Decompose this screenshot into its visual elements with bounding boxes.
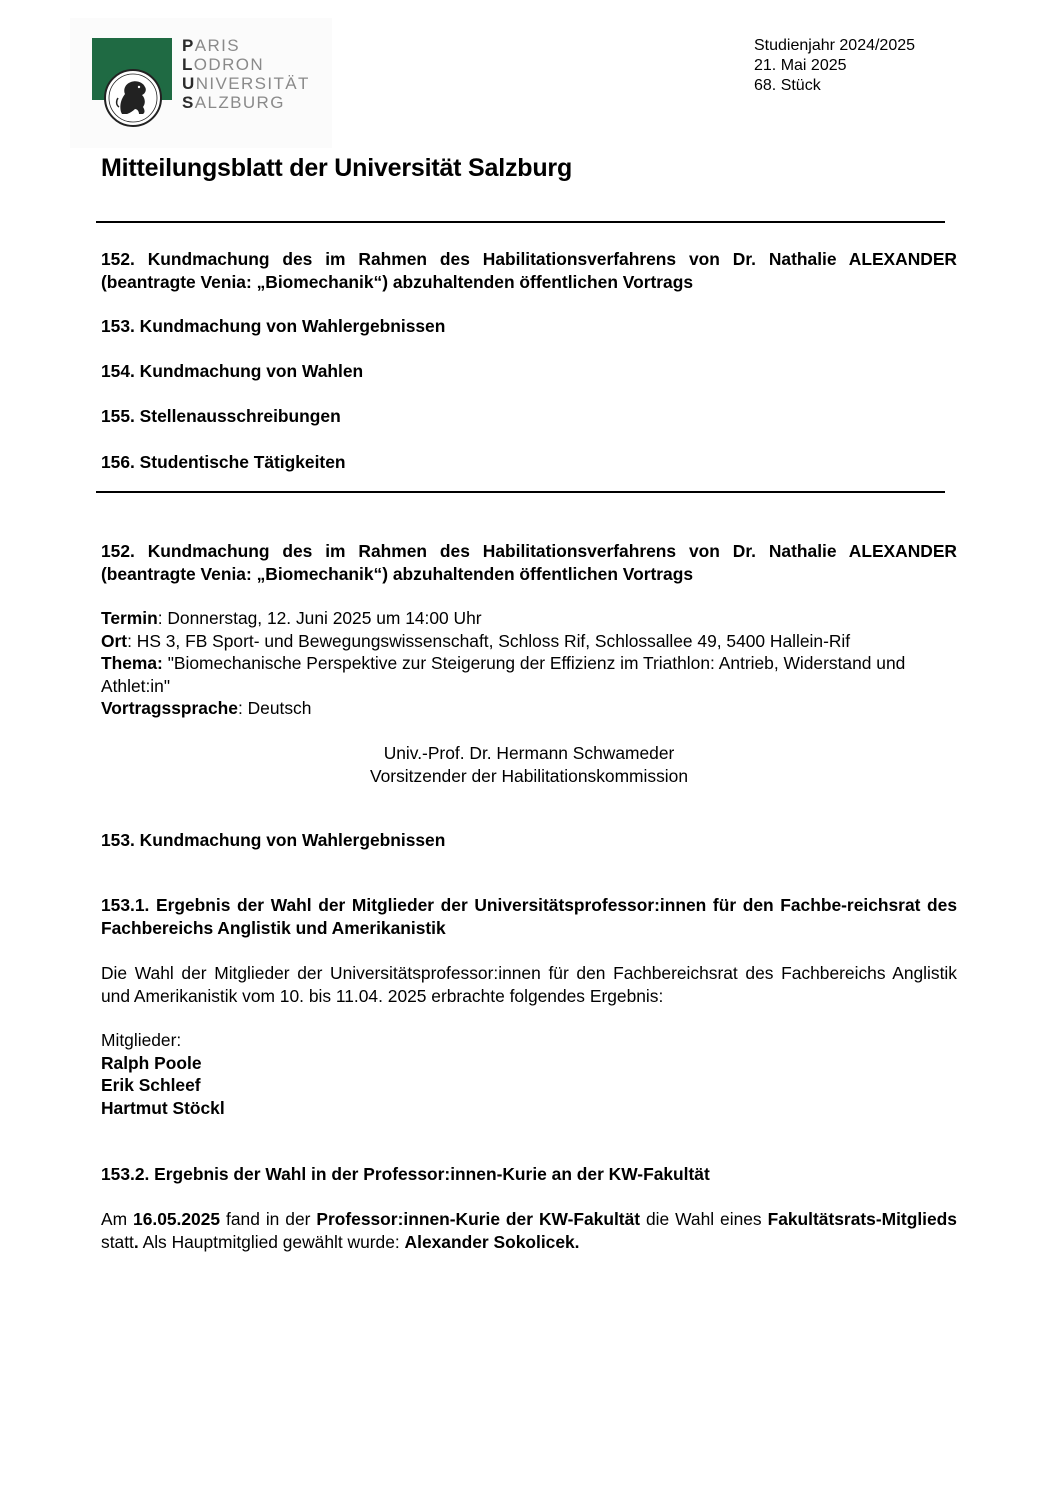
field-label: Ort — [101, 631, 127, 651]
field-sep: : — [127, 631, 137, 651]
section-152-heading: 152. Kundmachung des im Rahmen des Habil… — [101, 540, 957, 586]
divider — [96, 221, 945, 223]
issue-date: 21. Mai 2025 — [754, 56, 915, 76]
field-sep: : — [238, 698, 248, 718]
toc-item-154: 154. Kundmachung von Wahlen — [101, 360, 957, 383]
toc-item-155: 155. Stellenausschreibungen — [101, 405, 957, 428]
elected-member: Alexander Sokolicek. — [405, 1232, 580, 1252]
body-text: Als Hauptmitglied gewählt wurde: — [139, 1232, 405, 1252]
logo-initial: U — [182, 74, 196, 93]
toc-item-156: 156. Studentische Tätigkeiten — [101, 451, 957, 474]
field-value: Deutsch — [248, 698, 312, 718]
field-value: "Biomechanische Perspektive zur Steigeru… — [101, 653, 905, 696]
field-value: HS 3, FB Sport- und Bewegungswissenschaf… — [137, 631, 850, 651]
section-153-1-heading: 153.1. Ergebnis der Wahl der Mitglieder … — [101, 894, 957, 940]
field-sep: : — [158, 608, 168, 628]
signature-name: Univ.-Prof. Dr. Hermann Schwameder — [101, 742, 957, 765]
detail-thema: Thema: "Biomechanische Perspektive zur S… — [101, 652, 957, 697]
divider — [96, 491, 945, 493]
logo-wordmark: PARIS LODRON UNIVERSITÄT SALZBURG — [182, 36, 310, 112]
member-name: Erik Schleef — [101, 1074, 957, 1097]
detail-termin: Termin: Donnerstag, 12. Juni 2025 um 14:… — [101, 607, 957, 630]
logo-word: ALZBURG — [195, 93, 285, 112]
member-name: Ralph Poole — [101, 1052, 957, 1075]
logo-initial: P — [182, 36, 195, 55]
logo-word: ODRON — [194, 55, 264, 74]
field-value: Donnerstag, 12. Juni 2025 um 14:00 Uhr — [167, 608, 481, 628]
field-label: Thema: — [101, 653, 163, 673]
study-year: Studienjahr 2024/2025 — [754, 36, 915, 56]
section-153-2-body: Am 16.05.2025 fand in der Professor:inne… — [101, 1208, 957, 1253]
toc-item-153: 153. Kundmachung von Wahlergebnissen — [101, 315, 957, 338]
section-152-details: Termin: Donnerstag, 12. Juni 2025 um 14:… — [101, 607, 957, 720]
position-name: Fakultätsrats-Mitglieds — [768, 1209, 957, 1229]
section-153-heading: 153. Kundmachung von Wahlergebnissen — [101, 829, 957, 852]
page-title: Mitteilungsblatt der Universität Salzbur… — [101, 154, 572, 183]
body-text: fand in der — [220, 1209, 316, 1229]
member-name: Hartmut Stöckl — [101, 1097, 957, 1120]
issue-meta: Studienjahr 2024/2025 21. Mai 2025 68. S… — [754, 36, 915, 96]
toc-item-152: 152. Kundmachung des im Rahmen des Habil… — [101, 248, 957, 294]
detail-ort: Ort: HS 3, FB Sport- und Bewegungswissen… — [101, 630, 957, 653]
logo-initial: S — [182, 93, 195, 112]
detail-vortragssprache: Vortragssprache: Deutsch — [101, 697, 957, 720]
members-list: Mitglieder: Ralph Poole Erik Schleef Har… — [101, 1029, 957, 1119]
logo-initial: L — [182, 55, 194, 74]
body-text: die Wahl eines — [640, 1209, 768, 1229]
field-label: Termin — [101, 608, 158, 628]
curia-name: Professor:innen-Kurie der KW-Fakultät — [316, 1209, 640, 1229]
body-text: Am — [101, 1209, 133, 1229]
signature-role: Vorsitzender der Habilitationskommission — [101, 765, 957, 788]
issue-number: 68. Stück — [754, 76, 915, 96]
election-date: 16.05.2025 — [133, 1209, 220, 1229]
section-153-2-heading: 153.2. Ergebnis der Wahl in der Professo… — [101, 1163, 957, 1186]
field-label: Vortragssprache — [101, 698, 238, 718]
logo-word: ARIS — [195, 36, 240, 55]
logo-word: NIVERSITÄT — [196, 74, 310, 93]
signature-block: Univ.-Prof. Dr. Hermann Schwameder Vorsi… — [101, 742, 957, 787]
university-logo: PARIS LODRON UNIVERSITÄT SALZBURG — [70, 18, 332, 148]
body-text: statt — [101, 1232, 134, 1252]
members-label: Mitglieder: — [101, 1029, 957, 1052]
section-153-1-body: Die Wahl der Mitglieder der Universitäts… — [101, 962, 957, 1007]
lion-emblem-icon — [103, 68, 163, 128]
